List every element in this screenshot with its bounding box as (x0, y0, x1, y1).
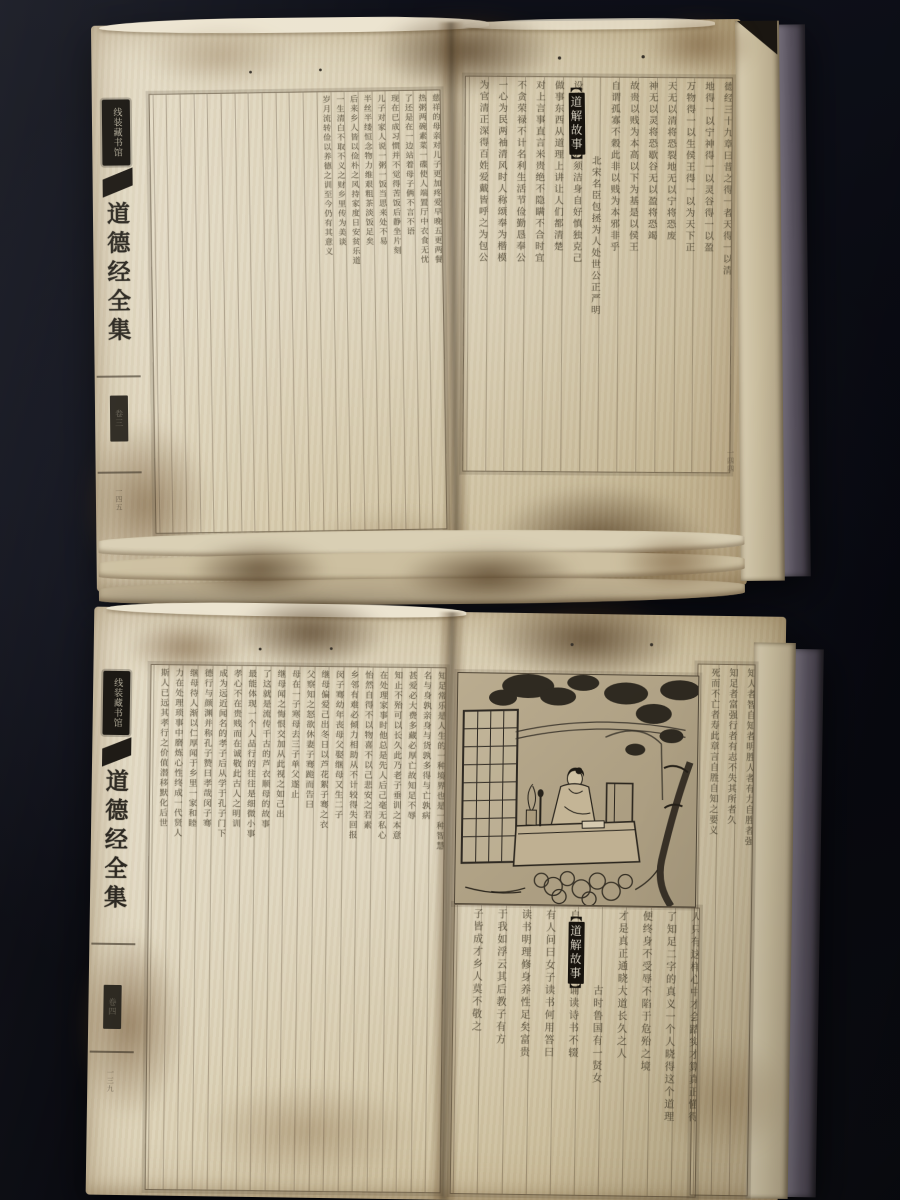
dragon-flourish-icon (256, 639, 336, 657)
right-page-text: 德经三十九章曰昔之得一者天得一以清地得一以宁神得一以灵谷得一以盈万物得一以生侯王… (462, 76, 733, 474)
cover-strip-top (735, 21, 785, 581)
section-header: 【道解故事】 (570, 81, 582, 166)
page-number: 一三九 (105, 1069, 115, 1093)
volume-label: 卷四 (103, 985, 122, 1029)
text-column: 才是真正通晓大道长久之人 (598, 907, 626, 1195)
book-bottom: 线装藏书馆 道德经全集 卷四 一三九 知足常乐是人生的一种境界也是一种智慧名与身… (78, 598, 835, 1200)
dragon-flourish-icon (555, 46, 647, 67)
seal-label: 线装藏书馆 (102, 99, 131, 165)
section-header-text: 道解故事 (567, 921, 584, 983)
text-column: 德经三十九章曰昔之得一者天得一以清 (710, 78, 732, 472)
spine-title: 道德经全集 (100, 201, 135, 371)
page-number: 一四五 (114, 487, 124, 511)
volume-label-text: 卷四 (107, 998, 118, 1016)
bracket: 【 (569, 81, 583, 93)
text-column: 自谓孤寡不穀此非以贱为本邪非乎 (598, 78, 620, 472)
page-number: 一四四 (725, 449, 735, 473)
text-column: 故贵以贱为本高以下为基是以侯王 (616, 78, 638, 472)
text-column: 子皆成才乡人莫不敬之 (453, 905, 481, 1193)
book-top: 线装藏书馆 道德经全集 卷三 一四五 慈祥的母亲对儿子更加疼爱早晚五更两餐热粥两… (85, 12, 827, 612)
bracket: 】 (568, 983, 582, 995)
text-column: 不贪荣禄不计名利生活节俭勤恳奉公 (504, 77, 526, 471)
bracket: 【 (569, 910, 583, 922)
dragon-flourish-icon (247, 61, 323, 79)
text-column: 对上言事直言米贵绝不隐瞒不合时宜 (522, 77, 544, 471)
cloth-band (779, 24, 811, 576)
dragon-flourish-icon (568, 633, 656, 654)
volume-label: 卷三 (110, 395, 128, 441)
section-header: 【道解故事】 (569, 910, 582, 995)
spine-title: 道德经全集 (96, 769, 132, 939)
seal-label-text: 线装藏书馆 (111, 108, 121, 158)
photo-scene: 线装藏书馆 道德经全集 卷三 一四五 慈祥的母亲对儿子更加疼爱早晚五更两餐热粥两… (0, 0, 900, 1200)
text-column: 为官清正深得百姓爱戴皆呼之为包公 (466, 77, 488, 471)
left-page-text: 知足常乐是人生的一种境界也是一种智慧名与身孰亲身与货孰多得与亡孰病甚爱必大费多藏… (145, 664, 447, 1193)
seal-label-text: 线装藏书馆 (112, 678, 122, 728)
illustration-woman-reading (454, 672, 699, 908)
text-column: 便终身不受辱不陷于危殆之境 (622, 908, 650, 1196)
seal-label: 线装藏书馆 (102, 671, 130, 735)
volume-label-text: 卷三 (114, 409, 125, 427)
bracket: 】 (570, 154, 584, 166)
left-page-text: 慈祥的母亲对儿子更加疼爱早晚五更两餐热粥两碗素菜一碟使人端置厅中衣食无忧了还是在… (149, 89, 448, 534)
text-column: 地得一以宁神得一以灵谷得一以盈 (692, 78, 714, 472)
page-stack-edges (98, 527, 745, 610)
section-header-text: 道解故事 (568, 92, 585, 154)
